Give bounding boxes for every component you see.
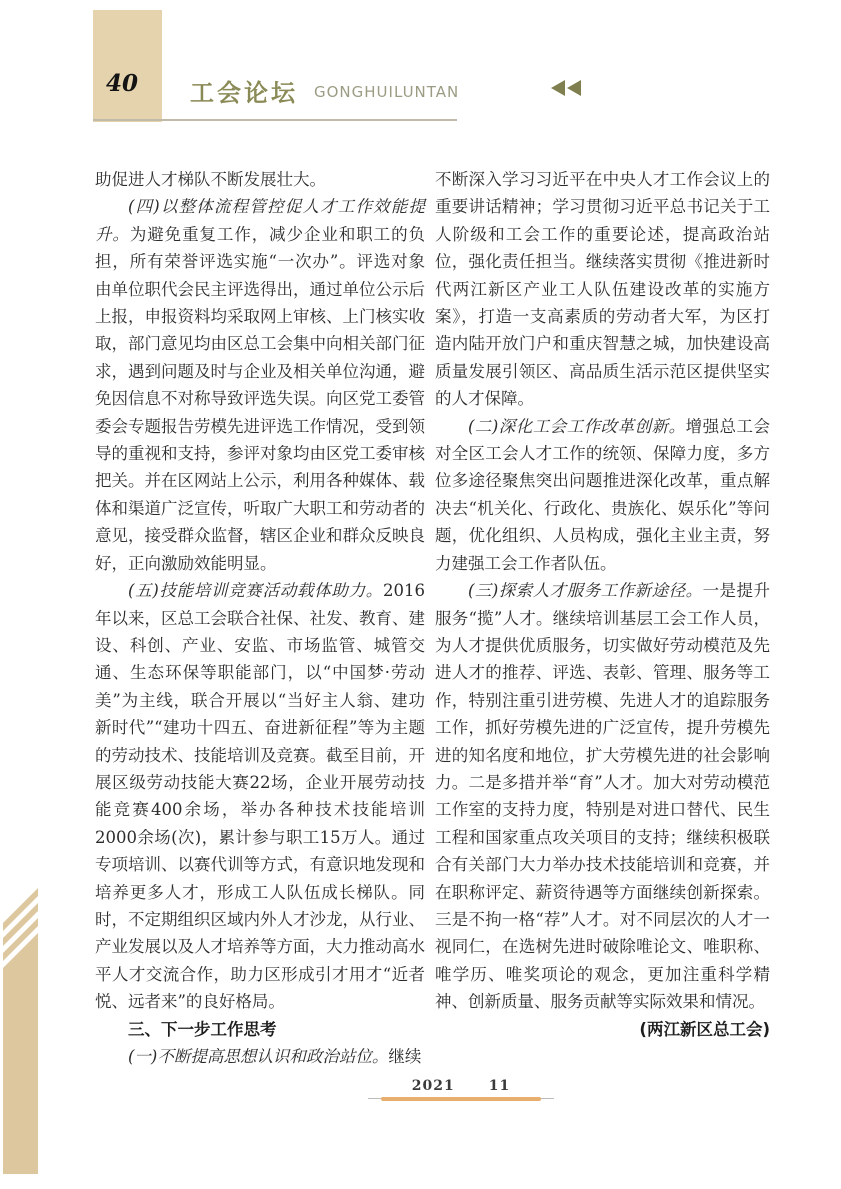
paragraph: (四)以整体流程管控促人才工作效能提升。为避免重复工作，减少企业和职工的负担，所… [95, 193, 425, 577]
page-footer: 202111 [368, 1078, 554, 1101]
paragraph: (五)技能培训竞赛活动载体助力。2016年以来，区总工会联合社保、社发、教育、建… [95, 577, 425, 1016]
paragraph: 不断深入学习习近平在中央人才工作会议上的重要讲话精神；学习贯彻习近平总书记关于工… [435, 166, 770, 413]
page-number: 40 [106, 70, 138, 97]
paragraph-body: 为避免重复工作，减少企业和职工的负担，所有荣誉评选实施“一次办”。评选对象由单位… [95, 225, 425, 573]
decorative-stripe-bar [0, 870, 40, 1180]
paragraph-body: 助促进人才梯队不断发展壮大。 [95, 170, 326, 189]
paragraph-body: 继续 [388, 1047, 421, 1066]
paragraph-body: 一是提升服务“揽”人才。继续培训基层工会工作人员，为人才提供优质服务，切实做好劳… [435, 581, 770, 1011]
sub-heading: 三、下一步工作思考 [95, 1016, 425, 1043]
paragraph-lead: (五)技能培训竞赛活动载体助力。 [128, 581, 383, 600]
paragraph: (一)不断提高思想认识和政治站位。继续 [95, 1043, 425, 1066]
section-title: 工会论坛 [190, 73, 298, 108]
page-number-block: 40 [93, 10, 162, 122]
paragraph-body: 增强总工会对全区工会人才工作的统领、保障力度，多方位多途径聚焦突出问题推进深化改… [435, 417, 770, 573]
issue-info: 202111 [368, 1078, 554, 1094]
paragraph-lead: (三)探索人才服务工作新途径。 [468, 581, 703, 600]
paragraph: (三)探索人才服务工作新途径。一是提升服务“揽”人才。继续培训基层工会工作人员，… [435, 577, 770, 1016]
issue-number: 11 [489, 1078, 510, 1094]
double-left-arrow-icon [551, 80, 587, 100]
author-signature: (两江新区总工会) [435, 1016, 770, 1043]
paragraph: (二)深化工会工作改革创新。增强总工会对全区工会人才工作的统领、保障力度，多方位… [435, 413, 770, 577]
left-column: 助促进人才梯队不断发展壮大。 (四)以整体流程管控促人才工作效能提升。为避免重复… [95, 166, 425, 1066]
right-column: 不断深入学习习近平在中央人才工作会议上的重要讲话精神；学习贯彻习近平总书记关于工… [435, 166, 770, 1066]
header-divider [93, 119, 457, 121]
footer-divider-orange [381, 1097, 541, 1101]
paragraph: 助促进人才梯队不断发展壮大。 [95, 166, 425, 193]
paragraph-lead: (二)深化工会工作改革创新。 [468, 417, 686, 436]
article-body: 助促进人才梯队不断发展壮大。 (四)以整体流程管控促人才工作效能提升。为避免重复… [95, 166, 770, 1066]
paragraph-body: 2016年以来，区总工会联合社保、社发、教育、建设、科创、产业、安监、市场监管、… [95, 581, 425, 1011]
paragraph-body: 不断深入学习习近平在中央人才工作会议上的重要讲话精神；学习贯彻习近平总书记关于工… [435, 170, 770, 408]
paragraph-lead: (一)不断提高思想认识和政治站位。 [128, 1047, 388, 1066]
issue-year: 2021 [412, 1078, 455, 1094]
section-title-pinyin: GONGHUILUNTAN [314, 79, 459, 101]
section-header: 工会论坛 GONGHUILUNTAN [190, 74, 587, 106]
